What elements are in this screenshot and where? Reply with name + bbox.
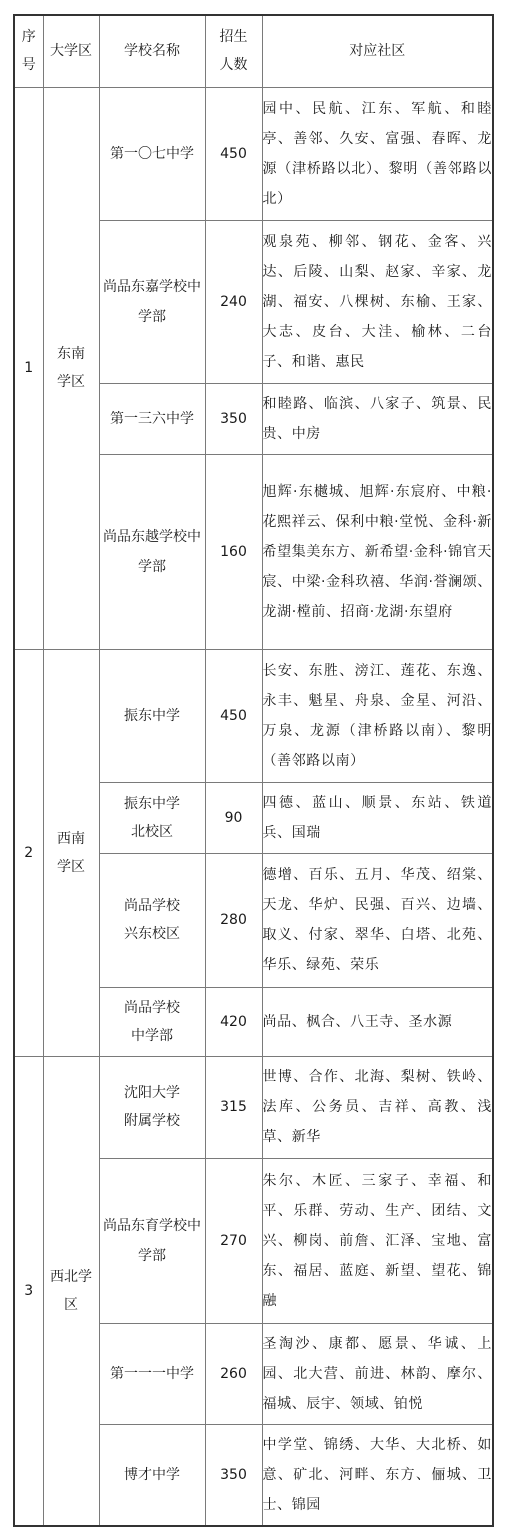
communities: 观泉苑、柳邻、钢花、金客、兴达、后陵、山梨、赵家、辛家、龙湖、福安、八棵树、东榆… bbox=[262, 220, 493, 383]
table-row: 1 东南学区 第一〇七中学 450 园中、民航、江东、军航、和睦亭、善邻、久安、… bbox=[14, 87, 493, 220]
communities: 和睦路、临滨、八家子、筑景、民贵、中房 bbox=[262, 383, 493, 454]
communities: 四德、蓝山、顺景、东站、铁道兵、国瑞 bbox=[262, 782, 493, 853]
communities: 朱尔、木匠、三家子、幸福、和平、乐群、劳动、生产、团结、文兴、柳岗、前詹、汇泽、… bbox=[262, 1158, 493, 1323]
communities: 世博、合作、北海、梨树、铁岭、法库、公务员、吉祥、高教、浅草、新华 bbox=[262, 1056, 493, 1158]
table-row: 3 西北学区 沈阳大学附属学校 315 世博、合作、北海、梨树、铁岭、法库、公务… bbox=[14, 1056, 493, 1158]
group-district: 东南学区 bbox=[43, 87, 99, 649]
school-name: 第一〇七中学 bbox=[99, 87, 205, 220]
table-row: 2 西南学区 振东中学 450 长安、东胜、滂江、莲花、东逸、永丰、魁星、舟泉、… bbox=[14, 649, 493, 782]
enroll-count: 350 bbox=[205, 383, 262, 454]
school-name: 第一一一中学 bbox=[99, 1323, 205, 1424]
enroll-count: 350 bbox=[205, 1424, 262, 1526]
enroll-count: 280 bbox=[205, 853, 262, 987]
enroll-count: 90 bbox=[205, 782, 262, 853]
enroll-count: 240 bbox=[205, 220, 262, 383]
communities: 园中、民航、江东、军航、和睦亭、善邻、久安、富强、春晖、龙源（津桥路以北）、黎明… bbox=[262, 87, 493, 220]
header-school: 学校名称 bbox=[99, 15, 205, 87]
enroll-count: 315 bbox=[205, 1056, 262, 1158]
header-enroll: 招生人数 bbox=[205, 15, 262, 87]
school-district-table: 序号 大学区 学校名称 招生人数 对应社区 1 东南学区 第一〇七中学 450 … bbox=[13, 14, 494, 1527]
enroll-count: 450 bbox=[205, 649, 262, 782]
group-seq: 1 bbox=[14, 87, 43, 649]
group-seq: 2 bbox=[14, 649, 43, 1056]
group-seq: 3 bbox=[14, 1056, 43, 1526]
header-row: 序号 大学区 学校名称 招生人数 对应社区 bbox=[14, 15, 493, 87]
school-name: 尚品学校中学部 bbox=[99, 987, 205, 1056]
school-name: 尚品学校兴东校区 bbox=[99, 853, 205, 987]
school-name: 尚品东嘉学校中学部 bbox=[99, 220, 205, 383]
enroll-count: 450 bbox=[205, 87, 262, 220]
communities: 尚品、枫合、八王寺、圣水源 bbox=[262, 987, 493, 1056]
school-name: 尚品东越学校中学部 bbox=[99, 454, 205, 649]
school-name: 振东中学北校区 bbox=[99, 782, 205, 853]
group-district: 西南学区 bbox=[43, 649, 99, 1056]
communities: 中学堂、锦绣、大华、大北桥、如意、矿北、河畔、东方、俪城、卫士、锦园 bbox=[262, 1424, 493, 1526]
group-district: 西北学区 bbox=[43, 1056, 99, 1526]
enroll-count: 270 bbox=[205, 1158, 262, 1323]
communities: 长安、东胜、滂江、莲花、东逸、永丰、魁星、舟泉、金星、河沿、万泉、龙源（津桥路以… bbox=[262, 649, 493, 782]
school-name: 振东中学 bbox=[99, 649, 205, 782]
enroll-count: 260 bbox=[205, 1323, 262, 1424]
school-name: 博才中学 bbox=[99, 1424, 205, 1526]
header-seq: 序号 bbox=[14, 15, 43, 87]
communities: 圣淘沙、康都、愿景、华诚、上园、北大营、前进、林韵、摩尔、福城、辰宇、领域、铂悦 bbox=[262, 1323, 493, 1424]
school-name: 沈阳大学附属学校 bbox=[99, 1056, 205, 1158]
header-communities: 对应社区 bbox=[262, 15, 493, 87]
communities: 德增、百乐、五月、华茂、绍棠、天龙、华炉、民强、百兴、边墙、取义、付家、翠华、白… bbox=[262, 853, 493, 987]
school-name: 第一三六中学 bbox=[99, 383, 205, 454]
header-district: 大学区 bbox=[43, 15, 99, 87]
enroll-count: 420 bbox=[205, 987, 262, 1056]
communities: 旭辉·东樾城、旭辉·东宸府、中粮·花熙祥云、保利中粮·堂悦、金科·新希望集美东方… bbox=[262, 454, 493, 649]
school-name: 尚品东育学校中学部 bbox=[99, 1158, 205, 1323]
enroll-count: 160 bbox=[205, 454, 262, 649]
